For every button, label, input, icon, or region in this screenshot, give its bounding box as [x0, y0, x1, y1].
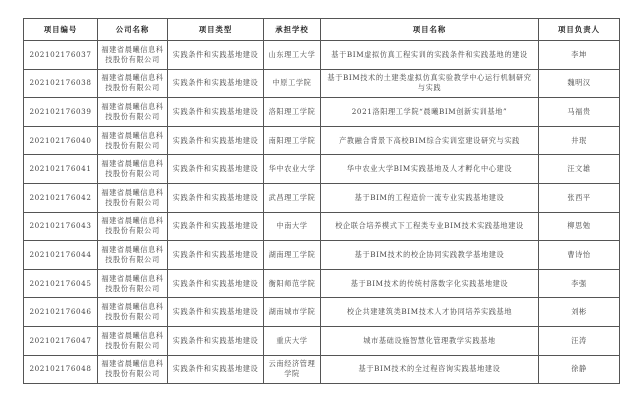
cell-project-id: 202102176044 — [24, 241, 98, 270]
cell-school: 重庆大学 — [264, 326, 321, 355]
table-row: 202102176038福建省晨曦信息科技股份有限公司实践条件和实践基地建设中原… — [24, 69, 620, 98]
cell-leader: 李坤 — [539, 41, 620, 70]
header-row: 项目编号 公司名称 项目类型 承担学校 项目名称 项目负责人 — [24, 19, 620, 41]
cell-project-id: 202102176045 — [24, 269, 98, 298]
table-row: 202102176044福建省晨曦信息科技股份有限公司实践条件和实践基地建设湖南… — [24, 241, 620, 270]
cell-leader: 李强 — [539, 269, 620, 298]
cell-school: 中原工学院 — [264, 69, 321, 98]
project-table: 项目编号 公司名称 项目类型 承担学校 项目名称 项目负责人 202102176… — [23, 18, 620, 384]
cell-school: 山东理工大学 — [264, 41, 321, 70]
cell-company-name: 福建省晨曦信息科技股份有限公司 — [98, 326, 168, 355]
cell-company-name: 福建省晨曦信息科技股份有限公司 — [98, 298, 168, 327]
cell-project-name: 基于BIM技术的土建类虚拟仿真实验教学中心运行机制研究与实践 — [321, 69, 539, 98]
cell-project-type: 实践条件和实践基地建设 — [168, 355, 264, 384]
cell-project-name: 2021洛阳理工学院“晨曦BIM创新实训基地” — [321, 98, 539, 127]
cell-project-type: 实践条件和实践基地建设 — [168, 183, 264, 212]
cell-school: 武昌理工学院 — [264, 183, 321, 212]
cell-project-type: 实践条件和实践基地建设 — [168, 269, 264, 298]
cell-project-id: 202102176039 — [24, 98, 98, 127]
cell-project-name: 基于BIM技术的校企协同实践教学基地建设 — [321, 241, 539, 270]
cell-leader: 汪涛 — [539, 326, 620, 355]
cell-company-name: 福建省晨曦信息科技股份有限公司 — [98, 155, 168, 184]
header-project-name: 项目名称 — [321, 19, 539, 41]
cell-project-type: 实践条件和实践基地建设 — [168, 41, 264, 70]
cell-project-type: 实践条件和实践基地建设 — [168, 212, 264, 241]
cell-project-type: 实践条件和实践基地建设 — [168, 98, 264, 127]
table-row: 202102176042福建省晨曦信息科技股份有限公司实践条件和实践基地建设武昌… — [24, 183, 620, 212]
cell-project-type: 实践条件和实践基地建设 — [168, 155, 264, 184]
cell-company-name: 福建省晨曦信息科技股份有限公司 — [98, 183, 168, 212]
cell-project-id: 202102176040 — [24, 126, 98, 155]
cell-company-name: 福建省晨曦信息科技股份有限公司 — [98, 269, 168, 298]
cell-school: 南阳理工学院 — [264, 126, 321, 155]
table-row: 202102176048福建省晨曦信息科技股份有限公司实践条件和实践基地建设云南… — [24, 355, 620, 384]
cell-leader: 柳思勉 — [539, 212, 620, 241]
cell-school: 湖南城市学院 — [264, 298, 321, 327]
table-row: 202102176043福建省晨曦信息科技股份有限公司实践条件和实践基地建设中南… — [24, 212, 620, 241]
cell-leader: 刘彬 — [539, 298, 620, 327]
cell-project-name: 基于BIM技术的全过程咨询实践基地建设 — [321, 355, 539, 384]
cell-school: 云南经济管理学院 — [264, 355, 321, 384]
table-row: 202102176039福建省晨曦信息科技股份有限公司实践条件和实践基地建设洛阳… — [24, 98, 620, 127]
cell-company-name: 福建省晨曦信息科技股份有限公司 — [98, 98, 168, 127]
table-body: 202102176037福建省晨曦信息科技股份有限公司实践条件和实践基地建设山东… — [24, 41, 620, 384]
cell-project-type: 实践条件和实践基地建设 — [168, 69, 264, 98]
cell-project-name: 华中农业大学BIM实践基地及人才孵化中心建设 — [321, 155, 539, 184]
cell-leader: 魏明汉 — [539, 69, 620, 98]
cell-company-name: 福建省晨曦信息科技股份有限公司 — [98, 355, 168, 384]
cell-school: 湖南理工学院 — [264, 241, 321, 270]
cell-leader: 马福贵 — [539, 98, 620, 127]
header-project-id: 项目编号 — [24, 19, 98, 41]
cell-project-id: 202102176047 — [24, 326, 98, 355]
table-row: 202102176040福建省晨曦信息科技股份有限公司实践条件和实践基地建设南阳… — [24, 126, 620, 155]
cell-leader: 曹诗怡 — [539, 241, 620, 270]
cell-project-name: 产教融合背景下高校BIM综合实训室建设研究与实践 — [321, 126, 539, 155]
cell-leader: 徐静 — [539, 355, 620, 384]
cell-project-id: 202102176041 — [24, 155, 98, 184]
cell-project-name: 校企联合培养模式下工程类专业BIM技术实践基地建设 — [321, 212, 539, 241]
table-row: 202102176045福建省晨曦信息科技股份有限公司实践条件和实践基地建设衡阳… — [24, 269, 620, 298]
table-row: 202102176037福建省晨曦信息科技股份有限公司实践条件和实践基地建设山东… — [24, 41, 620, 70]
cell-project-name: 城市基础设施智慧化管理教学实践基地 — [321, 326, 539, 355]
cell-leader: 张西平 — [539, 183, 620, 212]
cell-project-id: 202102176048 — [24, 355, 98, 384]
table-row: 202102176046福建省晨曦信息科技股份有限公司实践条件和实践基地建设湖南… — [24, 298, 620, 327]
cell-project-id: 202102176043 — [24, 212, 98, 241]
cell-company-name: 福建省晨曦信息科技股份有限公司 — [98, 212, 168, 241]
cell-company-name: 福建省晨曦信息科技股份有限公司 — [98, 41, 168, 70]
cell-project-id: 202102176037 — [24, 41, 98, 70]
cell-company-name: 福建省晨曦信息科技股份有限公司 — [98, 241, 168, 270]
cell-school: 中南大学 — [264, 212, 321, 241]
cell-project-type: 实践条件和实践基地建设 — [168, 241, 264, 270]
cell-project-id: 202102176038 — [24, 69, 98, 98]
cell-project-id: 202102176042 — [24, 183, 98, 212]
cell-project-name: 基于BIM虚拟仿真工程实训的实践条件和实践基地的建设 — [321, 41, 539, 70]
table-row: 202102176047福建省晨曦信息科技股份有限公司实践条件和实践基地建设重庆… — [24, 326, 620, 355]
cell-leader: 井珉 — [539, 126, 620, 155]
header-leader: 项目负责人 — [539, 19, 620, 41]
header-project-type: 项目类型 — [168, 19, 264, 41]
cell-project-type: 实践条件和实践基地建设 — [168, 298, 264, 327]
cell-project-name: 基于BIM的工程造价一流专业实践基地建设 — [321, 183, 539, 212]
header-company-name: 公司名称 — [98, 19, 168, 41]
cell-company-name: 福建省晨曦信息科技股份有限公司 — [98, 126, 168, 155]
cell-school: 华中农业大学 — [264, 155, 321, 184]
cell-project-type: 实践条件和实践基地建设 — [168, 326, 264, 355]
cell-project-type: 实践条件和实践基地建设 — [168, 126, 264, 155]
cell-company-name: 福建省晨曦信息科技股份有限公司 — [98, 69, 168, 98]
table-row: 202102176041福建省晨曦信息科技股份有限公司实践条件和实践基地建设华中… — [24, 155, 620, 184]
cell-project-name: 校企共建建筑类BIM技术人才协同培养实践基地 — [321, 298, 539, 327]
header-school: 承担学校 — [264, 19, 321, 41]
cell-school: 洛阳理工学院 — [264, 98, 321, 127]
cell-project-name: 基于BIM技术的传统村落数字化实践基地建设 — [321, 269, 539, 298]
cell-leader: 汪文雄 — [539, 155, 620, 184]
cell-school: 衡阳师范学院 — [264, 269, 321, 298]
cell-project-id: 202102176046 — [24, 298, 98, 327]
